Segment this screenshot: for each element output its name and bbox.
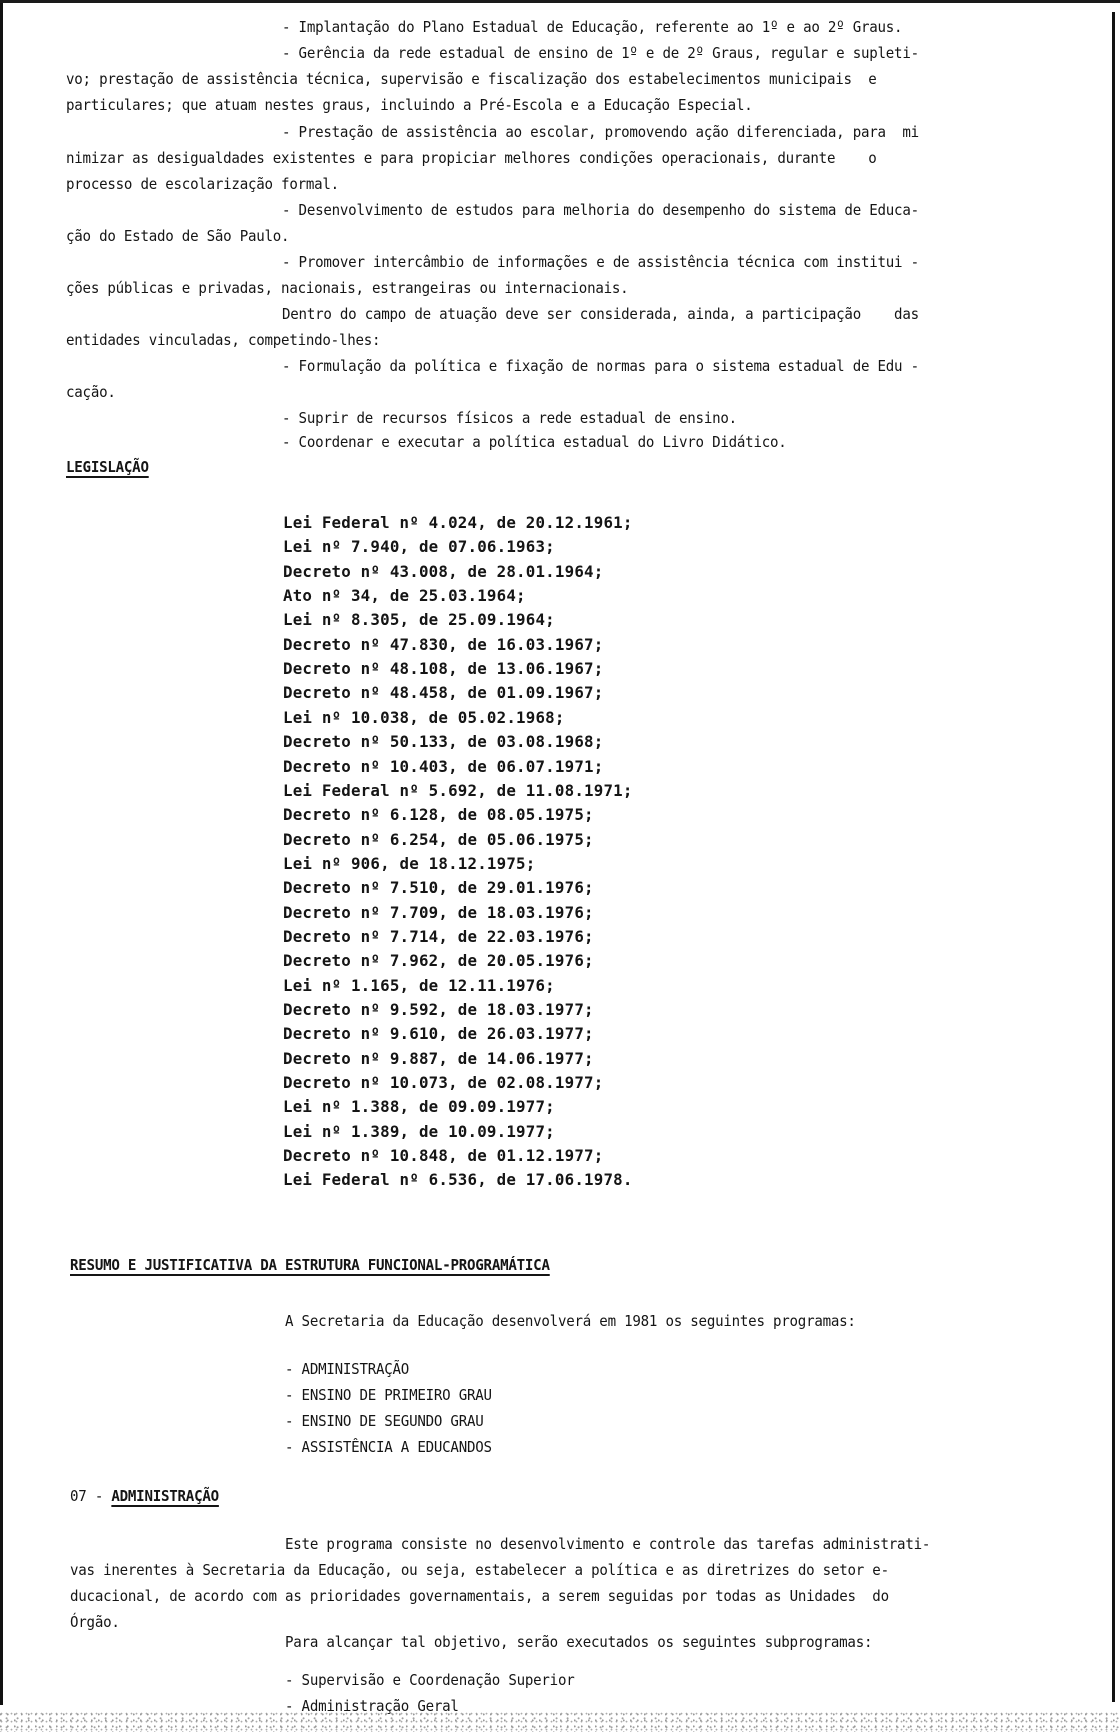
legislacao-item: Lei nº 7.940, de 07.06.1963; — [283, 537, 555, 557]
program-item: - ASSISTÊNCIA A EDUCANDOS — [285, 1437, 492, 1457]
intro-line: - Prestação de assistência ao escolar, p… — [282, 122, 919, 142]
resumo-intro: A Secretaria da Educação desenvolverá em… — [285, 1311, 856, 1331]
resumo-heading: RESUMO E JUSTIFICATIVA DA ESTRUTURA FUNC… — [70, 1255, 550, 1275]
legislacao-item: Decreto nº 50.133, de 03.08.1968; — [283, 732, 603, 752]
intro-line: ções públicas e privadas, nacionais, est… — [66, 278, 628, 298]
legislacao-item: Decreto nº 9.592, de 18.03.1977; — [283, 1000, 594, 1020]
legislacao-item: Decreto nº 7.709, de 18.03.1976; — [283, 903, 594, 923]
scan-noise-edge — [0, 1712, 1120, 1732]
paragraph-line: vas inerentes à Secretaria da Educação, … — [70, 1560, 889, 1580]
program-item: - ENSINO DE PRIMEIRO GRAU — [285, 1385, 492, 1405]
intro-line: Dentro do campo de atuação deve ser cons… — [282, 304, 919, 324]
legislacao-item: Lei Federal nº 5.692, de 11.08.1971; — [283, 781, 633, 801]
paragraph-line: ducacional, de acordo com as prioridades… — [70, 1586, 889, 1606]
legislacao-item: Lei nº 1.165, de 12.11.1976; — [283, 976, 555, 996]
top-border-rule — [0, 0, 1120, 3]
intro-line: cação. — [66, 382, 116, 402]
legislacao-item: Decreto nº 7.510, de 29.01.1976; — [283, 878, 594, 898]
legislacao-item: Lei nº 906, de 18.12.1975; — [283, 854, 535, 874]
intro-line: - Implantação do Plano Estadual de Educa… — [282, 17, 902, 37]
intro-line: processo de escolarização formal. — [66, 174, 339, 194]
intro-line: - Formulação da política e fixação de no… — [282, 356, 919, 376]
subprogram-item: - Supervisão e Coordenação Superior — [285, 1670, 574, 1690]
legislacao-item: Decreto nº 10.848, de 01.12.1977; — [283, 1146, 603, 1166]
scanned-document-page: - Implantação do Plano Estadual de Educa… — [0, 0, 1120, 1732]
legislacao-item: Lei nº 10.038, de 05.02.1968; — [283, 708, 565, 728]
legislacao-item: Decreto nº 9.610, de 26.03.1977; — [283, 1024, 594, 1044]
intro-line: - Gerência da rede estadual de ensino de… — [282, 43, 919, 63]
legislacao-item: Decreto nº 47.830, de 16.03.1967; — [283, 635, 603, 655]
intro-line: - Promover intercâmbio de informações e … — [282, 252, 919, 272]
legislacao-heading: LEGISLAÇÃO — [66, 457, 149, 477]
legislacao-item: Lei Federal nº 4.024, de 20.12.1961; — [283, 513, 633, 533]
legislacao-item: Lei Federal nº 6.536, de 17.06.1978. — [283, 1170, 633, 1190]
legislacao-item: Lei nº 8.305, de 25.09.1964; — [283, 610, 555, 630]
legislacao-item: Decreto nº 6.128, de 08.05.1975; — [283, 805, 594, 825]
intro-line: ção do Estado de São Paulo. — [66, 226, 289, 246]
legislacao-item: Decreto nº 10.073, de 02.08.1977; — [283, 1073, 603, 1093]
program-title: ADMINISTRAÇÃO — [111, 1487, 219, 1505]
paragraph-line: Este programa consiste no desenvolviment… — [285, 1534, 930, 1554]
subprograms-intro: Para alcançar tal objetivo, serão execut… — [285, 1632, 872, 1652]
legislacao-item: Decreto nº 10.403, de 06.07.1971; — [283, 757, 603, 777]
paragraph-line: Órgão. — [70, 1612, 120, 1632]
legislacao-item: Decreto nº 6.254, de 05.06.1975; — [283, 830, 594, 850]
legislacao-item: Decreto nº 48.458, de 01.09.1967; — [283, 683, 603, 703]
intro-line: - Suprir de recursos físicos a rede esta… — [282, 408, 737, 428]
intro-line: vo; prestação de assistência técnica, su… — [66, 69, 877, 89]
intro-line: nimizar as desigualdades existentes e pa… — [66, 148, 877, 168]
legislacao-item: Ato nº 34, de 25.03.1964; — [283, 586, 526, 606]
legislacao-item: Decreto nº 48.108, de 13.06.1967; — [283, 659, 603, 679]
program-item: - ENSINO DE SEGUNDO GRAU — [285, 1411, 484, 1431]
legislacao-item: Decreto nº 43.008, de 28.01.1964; — [283, 562, 603, 582]
left-border-rule — [0, 3, 3, 1705]
right-border-rule — [1112, 12, 1115, 1702]
intro-line: entidades vinculadas, competindo-lhes: — [66, 330, 380, 350]
administracao-heading: 07 - ADMINISTRAÇÃO — [70, 1486, 219, 1506]
program-number: 07 - — [70, 1487, 111, 1505]
legislacao-item: Lei nº 1.389, de 10.09.1977; — [283, 1122, 555, 1142]
legislacao-item: Decreto nº 7.714, de 22.03.1976; — [283, 927, 594, 947]
legislacao-item: Lei nº 1.388, de 09.09.1977; — [283, 1097, 555, 1117]
intro-line: particulares; que atuam nestes graus, in… — [66, 95, 753, 115]
intro-line: - Coordenar e executar a política estadu… — [282, 432, 787, 452]
legislacao-item: Decreto nº 7.962, de 20.05.1976; — [283, 951, 594, 971]
program-item: - ADMINISTRAÇÃO — [285, 1359, 409, 1379]
legislacao-item: Decreto nº 9.887, de 14.06.1977; — [283, 1049, 594, 1069]
intro-line: - Desenvolvimento de estudos para melhor… — [282, 200, 919, 220]
